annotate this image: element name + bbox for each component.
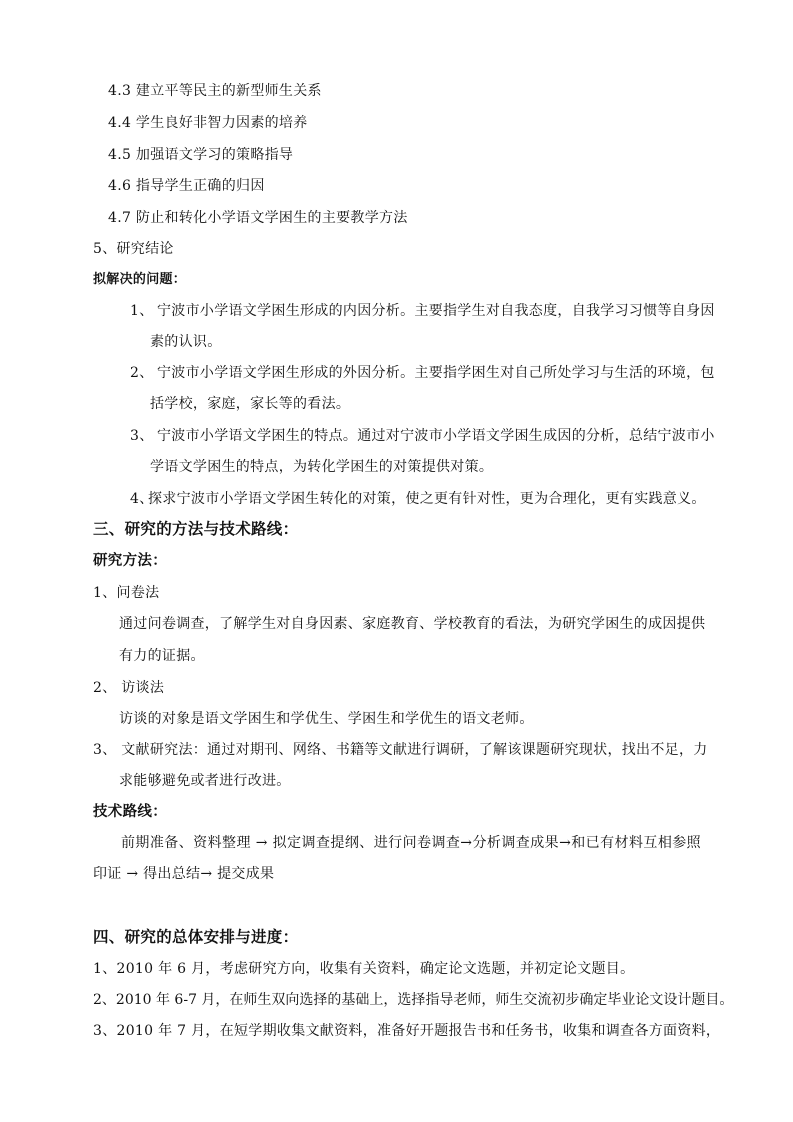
problem-number: 3、 — [130, 427, 154, 445]
problem-text-cont: 素的认识。 — [150, 333, 222, 351]
problem-text: 宁波市小学语文学困生形成的内因分析。主要指学生对自我态度，自我学习习惯等自身因 — [157, 302, 700, 320]
problem-text-cont: 学语文学困生的特点，为转化学困生的对策提供对策。 — [150, 458, 493, 476]
outline-item: 4.6 指导学生正确的归因 — [108, 177, 265, 195]
problem-number: 1、 — [130, 302, 154, 320]
method-title: 1、问卷法 — [93, 584, 159, 602]
method-desc: 通过问卷调查，了解学生对自身因素、家庭教育、学校教育的看法，为研究学困生的成因提… — [119, 615, 701, 633]
schedule-item: 3、2010 年 7 月，在短学期收集文献资料，准备好开题报告书和任务书，收集和… — [93, 1022, 701, 1040]
problem-text: 探求宁波市小学语文学困生转化的对策，使之更有针对性，更为合理化，更有实践意义。 — [148, 490, 701, 508]
problem-text: 宁波市小学语文学困生的特点。通过对宁波市小学语文学困生成因的分析，总结宁波市小 — [157, 427, 700, 445]
section-heading: 三、研究的方法与技术路线： — [93, 520, 298, 538]
problem-number: 2、 — [130, 364, 154, 382]
methods-heading: 研究方法： — [93, 552, 167, 570]
schedule-item: 1、2010 年 6 月，考虑研究方向，收集有关资料，确定论文选题，并初定论文题… — [93, 960, 634, 978]
outline-item: 4.7 防止和转化小学语文学困生的主要教学方法 — [108, 209, 408, 227]
outline-item: 4.5 加强语文学习的策略指导 — [108, 146, 293, 164]
route-heading: 技术路线： — [93, 803, 167, 821]
method-desc: 访谈的对象是语文学困生和学优生、学困生和学优生的语文老师。 — [119, 710, 534, 728]
outline-item: 4.4 学生良好非智力因素的培养 — [108, 114, 308, 132]
problems-heading: 拟解决的问题： — [93, 271, 186, 289]
method-title: 3、 文献研究法：通过对期刊、网络、书籍等文献进行调研，了解该课题研究现状，找出… — [93, 741, 701, 759]
outline-item: 4.3 建立平等民主的新型师生关系 — [108, 82, 322, 100]
problem-text: 宁波市小学语文学困生形成的外因分析。主要指学困生对自己所处学习与生活的环境，包 — [157, 364, 700, 382]
method-desc-cont: 有力的证据。 — [119, 647, 205, 665]
problem-text-cont: 括学校，家庭，家长等的看法。 — [150, 395, 350, 413]
method-title: 2、 访谈法 — [93, 679, 164, 697]
conclusion-item: 5、研究结论 — [93, 240, 174, 258]
schedule-item: 2、2010 年 6-7 月，在师生双向选择的基础上，选择指导老师，师生交流初步… — [93, 991, 701, 1009]
route-text: 前期准备、资料整理 → 拟定调查提纲、进行问卷调查→分析调查成果→和已有材料互相… — [121, 834, 701, 852]
route-text-cont: 印证 → 得出总结→ 提交成果 — [93, 865, 274, 883]
method-desc: 求能够避免或者进行改进。 — [119, 772, 291, 790]
section-heading: 四、研究的总体安排与进度： — [93, 928, 298, 946]
